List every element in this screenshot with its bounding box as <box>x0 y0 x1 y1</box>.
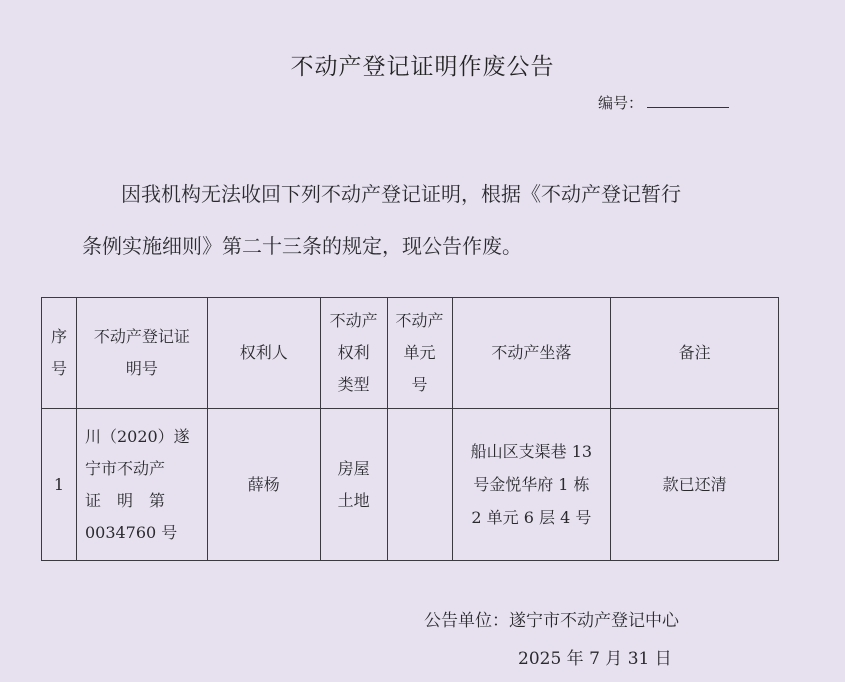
cell-location: 船山区支渠巷 13 号金悦华府 1 栋 2 单元 6 层 4 号 <box>452 409 611 561</box>
issuing-unit: 公告单位：遂宁市不动产登记中心 <box>424 606 679 631</box>
table-row: 1 川（2020）遂 宁市不动产 证 明 第 0034760 号 薛杨 房屋 土… <box>42 409 779 561</box>
header-holder: 权利人 <box>207 298 320 409</box>
header-location: 不动产坐落 <box>452 298 611 409</box>
serial-number: 编号： <box>598 92 729 113</box>
header-index: 序 号 <box>42 298 77 409</box>
notice-title: 不动产登记证明作废公告 <box>0 48 845 81</box>
cell-cert-no: 川（2020）遂 宁市不动产 证 明 第 0034760 号 <box>76 409 207 561</box>
notice-date: 2025 年 7 月 31 日 <box>518 644 672 669</box>
body-paragraph-line1: 因我机构无法收回下列不动产登记证明，根据《不动产登记暂行 <box>121 178 791 207</box>
header-right-type: 不动产 权利 类型 <box>320 298 387 409</box>
cell-holder: 薛杨 <box>207 409 320 561</box>
table-header-row: 序 号 不动产登记证 明号 权利人 不动产 权利 类型 不动产 单元 号 不动产… <box>42 298 779 409</box>
header-remark: 备注 <box>611 298 779 409</box>
header-unit-no: 不动产 单元 号 <box>387 298 452 409</box>
serial-blank <box>647 93 729 108</box>
serial-label: 编号： <box>598 94 643 112</box>
header-cert-no: 不动产登记证 明号 <box>76 298 207 409</box>
cell-unit-no <box>387 409 452 561</box>
body-paragraph-line2: 条例实施细则》第二十三条的规定，现公告作废。 <box>82 230 752 259</box>
void-certificate-table: 序 号 不动产登记证 明号 权利人 不动产 权利 类型 不动产 单元 号 不动产… <box>41 297 779 561</box>
cell-index: 1 <box>42 409 77 561</box>
cell-remark: 款已还清 <box>611 409 779 561</box>
cell-right-type: 房屋 土地 <box>320 409 387 561</box>
